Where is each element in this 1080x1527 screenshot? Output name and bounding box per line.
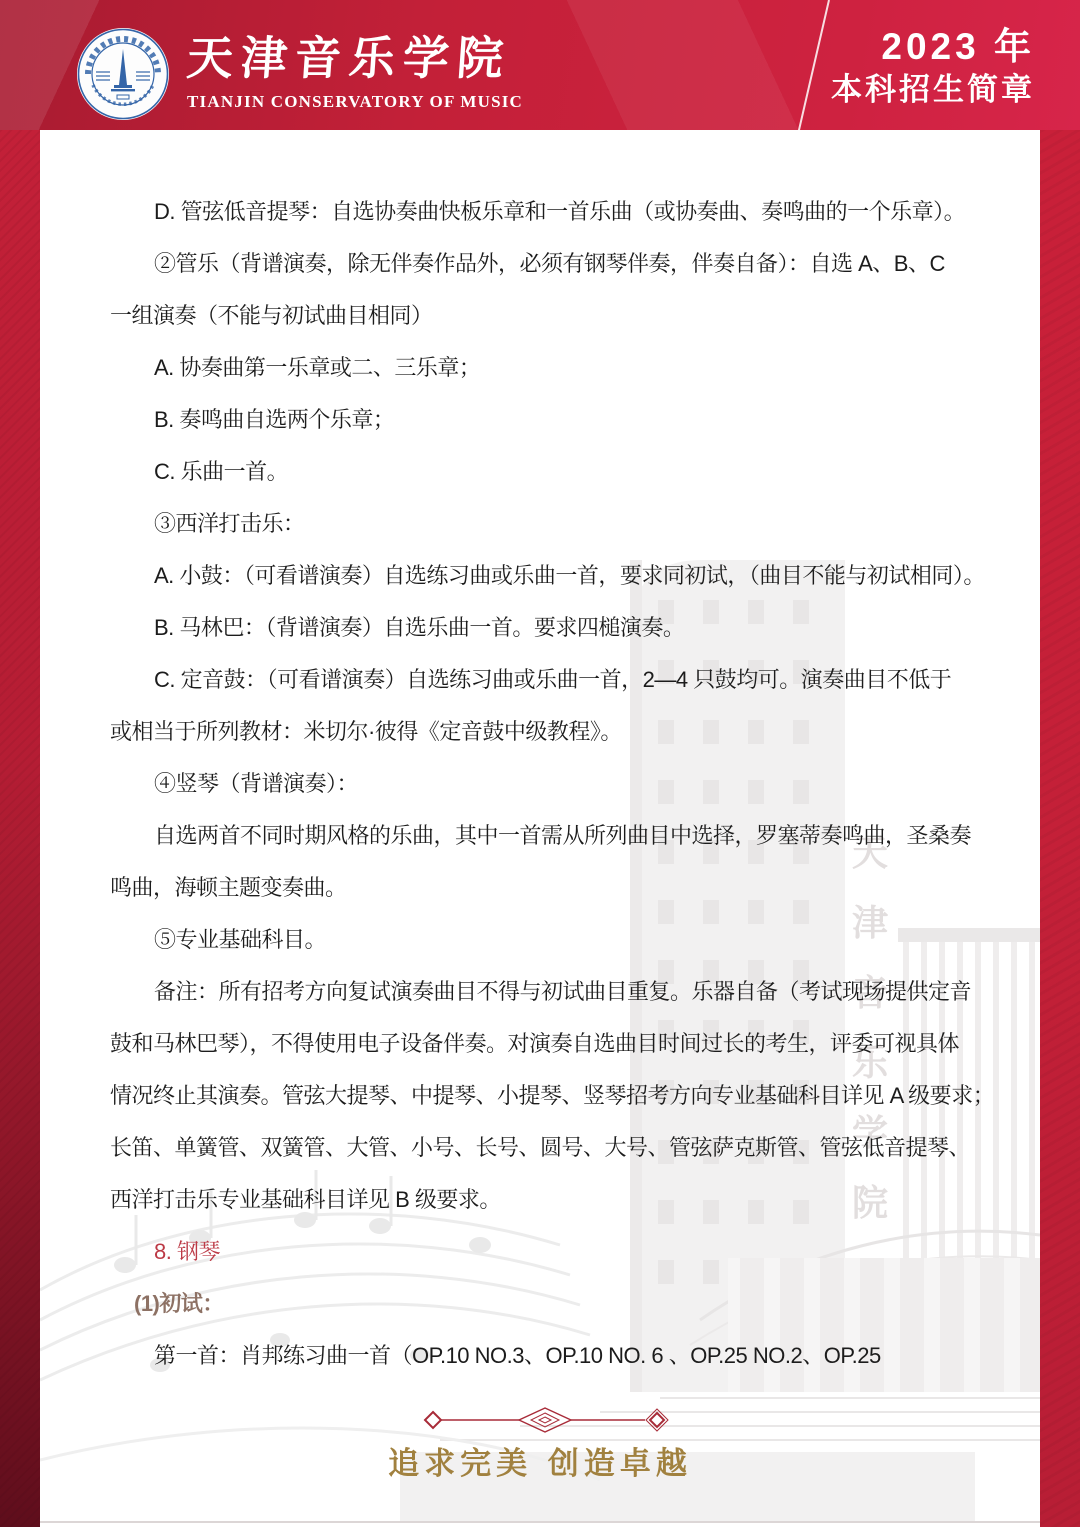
text-line: 情况终止其演奏。管弦大提琴、中提琴、小提琴、竖琴招考方向专业基础科目详见 A 级… — [110, 1070, 990, 1122]
school-name-en: TIANJIN CONSERVATORY OF MUSIC — [187, 92, 523, 112]
school-motto: 追求完美 创造卓越 — [40, 1438, 1040, 1483]
text-line: ④竖琴（背谱演奏）： — [110, 758, 990, 810]
text-line: 备注：所有招考方向复试演奏曲目不得与初试曲目重复。乐器自备（考试现场提供定音 — [110, 966, 990, 1018]
text-line: B. 马林巴：（背谱演奏）自选乐曲一首。要求四槌演奏。 — [110, 602, 990, 654]
text-line: 或相当于所列教材：米切尔·彼得《定音鼓中级教程》。 — [110, 706, 990, 758]
school-seal-icon — [76, 27, 170, 121]
text-line: D. 管弦低音提琴：自选协奏曲快板乐章和一首乐曲（或协奏曲、奏鸣曲的一个乐章）。 — [110, 186, 990, 238]
text-line: 鸣曲，海顿主题变奏曲。 — [110, 862, 990, 914]
school-name-cn: 天津音乐学院 — [185, 30, 525, 86]
text-line: 西洋打击乐专业基础科目详见 B 级要求。 — [110, 1174, 990, 1226]
text-line: 自选两首不同时期风格的乐曲，其中一首需从所列曲目中选择，罗塞蒂奏鸣曲，圣桑奏 — [110, 810, 990, 862]
text-line: C. 乐曲一首。 — [110, 446, 990, 498]
text-line: A. 协奏曲第一乐章或二、三乐章； — [110, 342, 990, 394]
header-diagonal-divider — [797, 0, 830, 135]
subsection-first-round: (1)初试： — [110, 1278, 990, 1330]
right-frame-border — [1040, 130, 1080, 1527]
brochure-title: 本科招生简章 — [831, 70, 1035, 110]
brochure-title-block: 2023 年 本科招生简章 — [831, 26, 1035, 110]
left-frame-border — [0, 130, 40, 1527]
text-line: 一组演奏（不能与初试曲目相同） — [110, 290, 990, 342]
text-line: ⑤专业基础科目。 — [110, 914, 990, 966]
requirements-text: D. 管弦低音提琴：自选协奏曲快板乐章和一首乐曲（或协奏曲、奏鸣曲的一个乐章）。… — [40, 130, 990, 1382]
brochure-year: 2023 年 — [831, 26, 1035, 68]
section-heading-piano: 8. 钢琴 — [110, 1226, 990, 1278]
text-line: B. 奏鸣曲自选两个乐章； — [110, 394, 990, 446]
brochure-page: 天津音乐学院 TIANJIN CONSERVATORY OF MUSIC 202… — [0, 0, 1080, 1527]
text-line: ②管乐（背谱演奏，除无伴奏作品外，必须有钢琴伴奏，伴奏自备）：自选 A、B、C — [110, 238, 990, 290]
text-line: C. 定音鼓：（可看谱演奏）自选练习曲或乐曲一首，2—4 只鼓均可。演奏曲目不低… — [110, 654, 990, 706]
text-line: ③西洋打击乐： — [110, 498, 990, 550]
text-line: 第一首：肖邦练习曲一首（OP.10 NO.3、OP.10 NO. 6 、OP.2… — [110, 1330, 990, 1382]
content-area: 天津音 乐学院 — [40, 130, 1040, 1527]
school-name-block: 天津音乐学院 TIANJIN CONSERVATORY OF MUSIC — [187, 30, 523, 112]
text-line: 长笛、单簧管、双簧管、大管、小号、长号、圆号、大号、管弦萨克斯管、管弦低音提琴、 — [110, 1122, 990, 1174]
text-line: 鼓和马林巴琴），不得使用电子设备伴奏。对演奏自选曲目时间过长的考生，评委可视具体 — [110, 1018, 990, 1070]
footer-divider-ornament-icon — [415, 1405, 675, 1435]
text-line: A. 小鼓：（可看谱演奏）自选练习曲或乐曲一首，要求同初试，（曲目不能与初试相同… — [110, 550, 990, 602]
header-band: 天津音乐学院 TIANJIN CONSERVATORY OF MUSIC 202… — [0, 0, 1080, 130]
bottom-edge-line — [40, 1521, 1040, 1523]
